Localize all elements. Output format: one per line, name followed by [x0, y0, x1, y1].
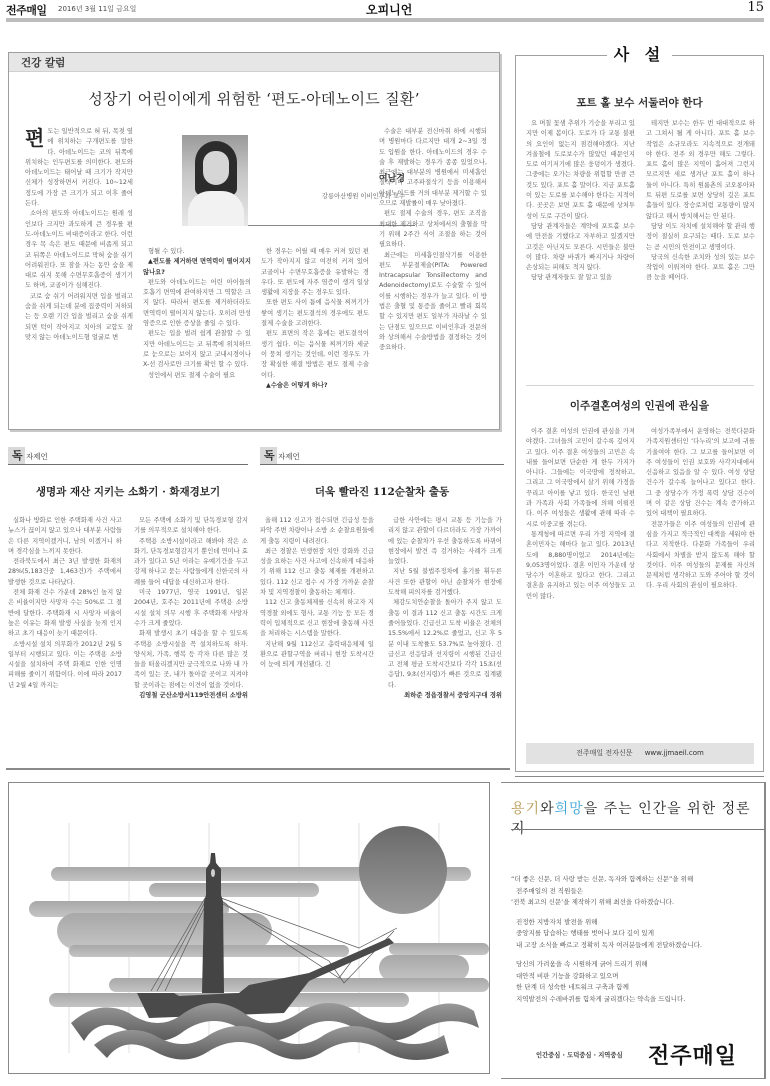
newspaper-logo: 전주매일 [648, 1039, 737, 1070]
article-column: 형될 수 있다. ▲편도를 제거하면 면역력이 떨어지지 않나요? 편도와 아데… [143, 247, 251, 381]
lighthouse-ship-illustration [8, 782, 490, 1074]
article-column: 편 도는 일반적으로 혀 뒤, 목젖 옆에 위치하는 구개편도를 말한다. 아데… [25, 127, 133, 343]
slogan: 용기와희망을 주는 인간을 위한 정론지 [511, 798, 764, 838]
reader-column: 독 자제언 더욱 빨라진 112순찰차 출동 올해 112 신고가 접수되면 긴… [260, 446, 504, 768]
masthead-rule [6, 18, 764, 22]
divider [515, 776, 764, 777]
reader-column: 독 자제언 생명과 재산 지키는 소화기 · 화재경보기 실화나 방화로 인한 … [8, 446, 248, 768]
editorial-box: 사 설 포트 홀 보수 서둘러야 한다 요 며칠 꽃샘 추위가 기승을 부리고 … [515, 55, 764, 772]
editorial-headline: 이주결혼여성의 인권에 관심을 [516, 398, 763, 413]
issue-date: 2016년 3월 11일 금요일 [58, 4, 136, 14]
editorial-column: 여성가족부에서 운영하는 전북다문화 가족지원센터인 ‘다누리’의 보고에 귀를… [646, 427, 755, 592]
section-label: 건강 칼럼 [9, 53, 499, 72]
byline: 최하준 정읍경찰서 중앙지구대 경위 [388, 691, 502, 701]
newspaper-slogan-ad: 용기와희망을 주는 인간을 위한 정론지 “더 좋은 신문, 더 사랑 받는 신… [501, 782, 766, 1079]
article-column: 실화나 방화로 인한 주택화재 사건 사고 뉴스가 끊이지 않고 있으나 대부분… [8, 516, 122, 691]
byline: 김영철 군산소방서119안전센터 소방위 [134, 691, 248, 701]
article-column: 한 경우는 어릴 때 매우 커져 있던 편도가 작아지지 않고 여전히 커져 있… [261, 247, 369, 391]
editorial-column: 이주 결혼 여성의 인권에 관심을 가져야겠다. 그녀들의 고민이 갈수록 깊어… [526, 427, 635, 602]
divider [6, 768, 510, 770]
motto: 인간중심 · 도덕중심 · 지역중심 [536, 1050, 646, 1059]
subheading: ▲수술은 어떻게 하나? [261, 381, 369, 391]
article-column: 올해 112 신고가 접수되면 긴급성 등을 파악 주변 차량이나 소방 소 순… [260, 516, 374, 670]
pledge-text: “더 좋은 신문, 더 사랑 받는 신문, 독자와 함께하는 신문”을 위해 전… [511, 874, 761, 1005]
article-body: 편 도는 일반적으로 혀 뒤, 목젖 옆에 위치하는 구개편도를 말한다. 아데… [25, 127, 487, 427]
headline: 성장기 어린이에게 위험한 ‘편도-아데노이드 질환’ [9, 88, 499, 109]
article-column: 모든 주택에 소화기 및 단독경보형 감지기를 의무적으로 설치해야 한다. 주… [134, 516, 248, 701]
article-column: 급한 사안에는 평시 교통 등 기능을 가리지 않고 관할이 다르더라도 가장 … [388, 516, 502, 701]
editorial-label: 사 설 [516, 42, 763, 65]
page-number: 15 [747, 0, 764, 15]
ship-illustration-icon [9, 783, 490, 1074]
reader-section-header: 독 자제언 [8, 446, 248, 465]
reader-headline: 더욱 빨라진 112순찰차 출동 [260, 484, 504, 499]
article-column: 수술은 대부분 전신마취 하에 시행되며 병원마다 다르지만 대개 2~3일 정… [379, 127, 487, 354]
editorial-column: 테지만 보수는 한두 번 대대적으로 하고 그쳐서 될 게 아니다. 포트 홀 … [646, 119, 755, 284]
reader-headline: 생명과 재산 지키는 소화기 · 화재경보기 [8, 484, 248, 499]
author-photo [182, 135, 248, 226]
reader-section-header: 독 자제언 [260, 446, 504, 465]
masthead: 전주매일 2016년 3월 11일 금요일 오피니언 15 [6, 0, 764, 20]
e-paper-name: 전주매일 전자신문 [576, 749, 632, 757]
dropcap: 편 [25, 128, 44, 148]
website-link[interactable]: www.jjmaeil.com [645, 749, 704, 757]
e-paper-footer: 전주매일 전자신문 www.jjmaeil.com [526, 743, 754, 764]
section-title: 오피니언 [366, 1, 412, 18]
editorial-headline: 포트 홀 보수 서둘러야 한다 [516, 95, 763, 110]
health-column: 건강 칼럼 성장기 어린이에게 위험한 ‘편도-아데노이드 질환’ 편 도는 일… [8, 52, 500, 430]
editorial-column: 요 며칠 꽃샘 추위가 기승을 부리고 있지만 이제 봄이다. 도로가 다 교통… [526, 119, 635, 284]
newspaper-brand[interactable]: 전주매일 [6, 2, 47, 18]
subheading: ▲편도를 제거하면 면역력이 떨어지지 않나요? [143, 257, 251, 278]
divider [526, 385, 754, 386]
divider [511, 829, 765, 830]
